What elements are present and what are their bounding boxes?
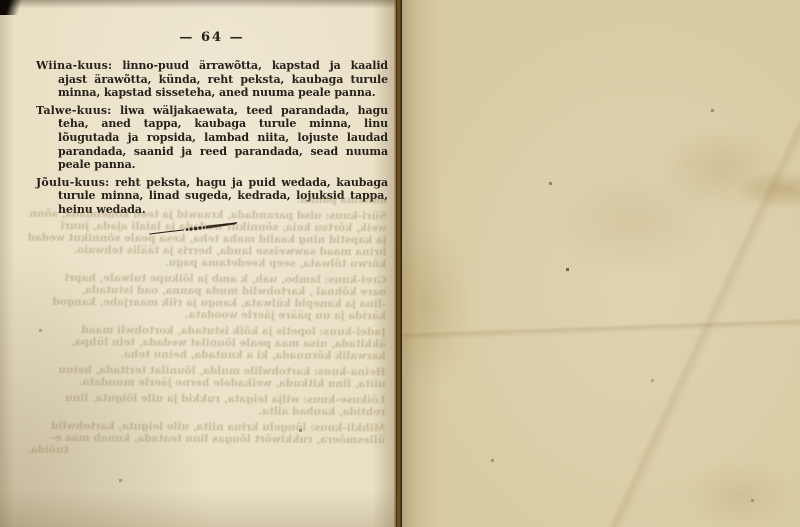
month-label: Talwe-kuus: [36,104,112,117]
corner-shadow [0,0,34,15]
ghost-line: üllesmõera, rukkiwõrt lõugas linu teatad… [27,432,385,446]
calendar-paragraph: Jõulu-kuus: reht peksta, hagu ja puid we… [36,176,388,217]
ghost-line: kõrwu tõlwata, seep keedetama pagu. [28,256,386,270]
ghost-line: Mihkli-kuus: lõugelu kriua niita, uile l… [27,420,385,434]
right-page-blank [402,0,800,527]
book-gutter [394,0,402,527]
book-spread: — 64 — Wiina-kuus: linno-puud ärrawõtta,… [0,0,800,527]
ghost-line: -lina ja kanepid külwata, kangu ja riik … [28,296,386,310]
ghost-line: Grei-kuus: lambo, uah, k amb ja lõikupe … [28,272,386,286]
ghost-line: Jadei-kuus: lopetis ja kõik istutada, ko… [28,324,386,338]
paper-specks [402,0,403,1]
page-number: — 64 — [36,30,388,45]
month-label: Wiina-kuus: [36,59,112,72]
ghost-line: niita, linu kitkuda, weikadele herne jäe… [28,376,386,390]
calendar-paragraphs: Wiina-kuus: linno-puud ärrawõtta, kapsta… [36,59,388,217]
left-page: — 64 — Wiina-kuus: linno-puud ärrawõtta,… [0,0,396,527]
ghost-line: äkkitada, uisa maa peale lõunilat wedada… [28,336,386,350]
divider-ornament-icon [148,218,241,238]
ghost-line: oare kõhnal , kartohwlid muda panna, oad… [28,284,386,298]
ghost-line: kärida ja uu pääre jäerle woodata. [28,308,386,322]
ghost-line: Heina-kuus: kartohwlile mulda, lõunilat … [28,364,386,378]
calendar-paragraph: Wiina-kuus: linno-puud ärrawõtta, kapsta… [36,59,388,100]
month-label: Jõulu-kuus: [36,176,109,189]
ghost-line: Lõikuse-kuus: wilja leigata, rukkid ja u… [27,392,385,406]
paper-specks [0,0,1,1]
ghost-line: karwalik kõrnuada, ki a kuutada, heinu t… [28,348,386,362]
calendar-paragraph: Talwe-kuus: liwa wäljakaewata, teed para… [36,104,388,172]
printed-text-block: — 64 — Wiina-kuus: linno-puud ärrawõtta,… [36,30,388,221]
ghost-line: brina maad sawweisse lauda, herris ja tä… [28,244,386,258]
ghost-line: rehtida, kaubad ailta. [27,404,385,418]
ghost-line: tuõida. [27,444,385,458]
